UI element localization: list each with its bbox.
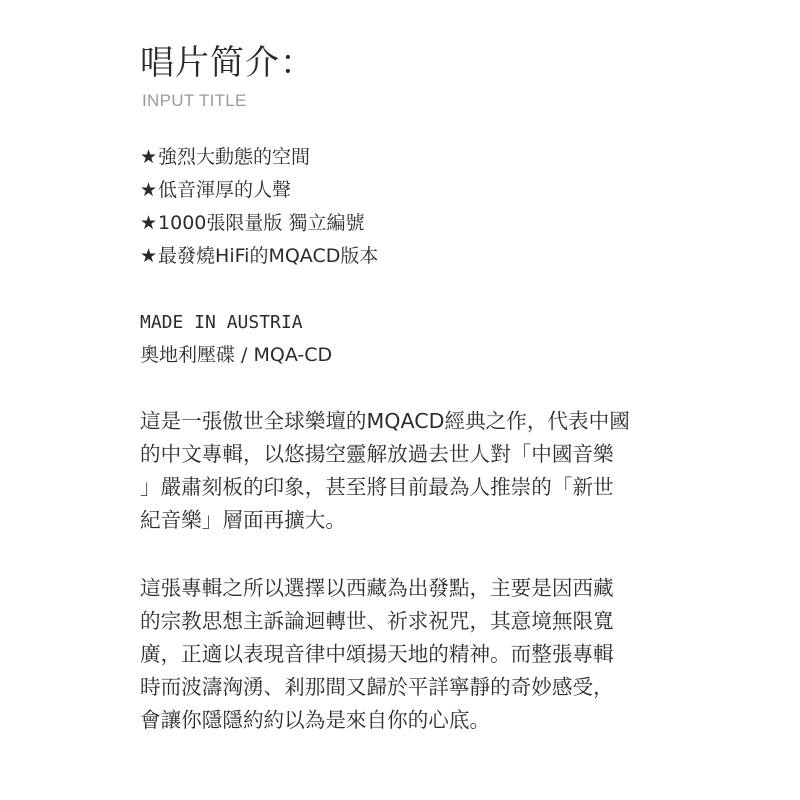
feature-text: 最發燒HiFi的MQACD版本 bbox=[158, 245, 378, 267]
star-icon: ★ bbox=[140, 240, 157, 273]
feature-text: 強烈大動態的空間 bbox=[158, 146, 310, 168]
paragraph-line: 會讓你隱隱約約以為是來自你的心底。 bbox=[140, 704, 670, 737]
page-subtitle: INPUT TITLE bbox=[142, 90, 247, 112]
paragraph-line: 的宗教思想主訴論迴轉世、祈求祝咒，其意境無限寬 bbox=[140, 605, 670, 638]
paragraph-line: 時而波濤洶湧、剎那間又歸於平詳寧靜的奇妙感受， bbox=[140, 671, 670, 704]
feature-item: ★低音渾厚的人聲 bbox=[140, 174, 378, 207]
feature-item: ★1000張限量版 獨立編號 bbox=[140, 207, 378, 240]
star-icon: ★ bbox=[140, 174, 157, 207]
star-icon: ★ bbox=[140, 207, 157, 240]
paragraph-line: 這張專輯之所以選擇以西藏為出發點，主要是因西藏 bbox=[140, 572, 670, 605]
description-paragraph-2: 這張專輯之所以選擇以西藏為出發點，主要是因西藏 的宗教思想主訴論迴轉世、祈求祝咒… bbox=[140, 572, 670, 737]
paragraph-line: 廣，正適以表現音律中頌揚天地的精神。而整張專輯 bbox=[140, 638, 670, 671]
feature-item: ★強烈大動態的空間 bbox=[140, 141, 378, 174]
origin-country: MADE IN AUSTRIA bbox=[140, 306, 332, 339]
paragraph-line: 這是一張傲世全球樂壇的MQACD經典之作，代表中國 bbox=[140, 405, 670, 438]
paragraph-line: 的中文專輯，以悠揚空靈解放過去世人對「中國音樂 bbox=[140, 438, 670, 471]
feature-text: 低音渾厚的人聲 bbox=[158, 179, 291, 201]
page-title: 唱片简介： bbox=[140, 40, 315, 86]
paragraph-line: 紀音樂」層面再擴大。 bbox=[140, 504, 670, 537]
feature-item: ★最發燒HiFi的MQACD版本 bbox=[140, 240, 378, 273]
paragraph-line: 」嚴肅刻板的印象，甚至將目前最為人推崇的「新世 bbox=[140, 471, 670, 504]
star-icon: ★ bbox=[140, 141, 157, 174]
origin-format: 奧地利壓碟 / MQA-CD bbox=[140, 339, 332, 372]
description-paragraph-1: 這是一張傲世全球樂壇的MQACD經典之作，代表中國 的中文專輯，以悠揚空靈解放過… bbox=[140, 405, 670, 537]
feature-list: ★強烈大動態的空間 ★低音渾厚的人聲 ★1000張限量版 獨立編號 ★最發燒Hi… bbox=[140, 141, 378, 273]
origin-info: MADE IN AUSTRIA 奧地利壓碟 / MQA-CD bbox=[140, 306, 332, 372]
feature-text: 1000張限量版 獨立編號 bbox=[158, 212, 364, 234]
